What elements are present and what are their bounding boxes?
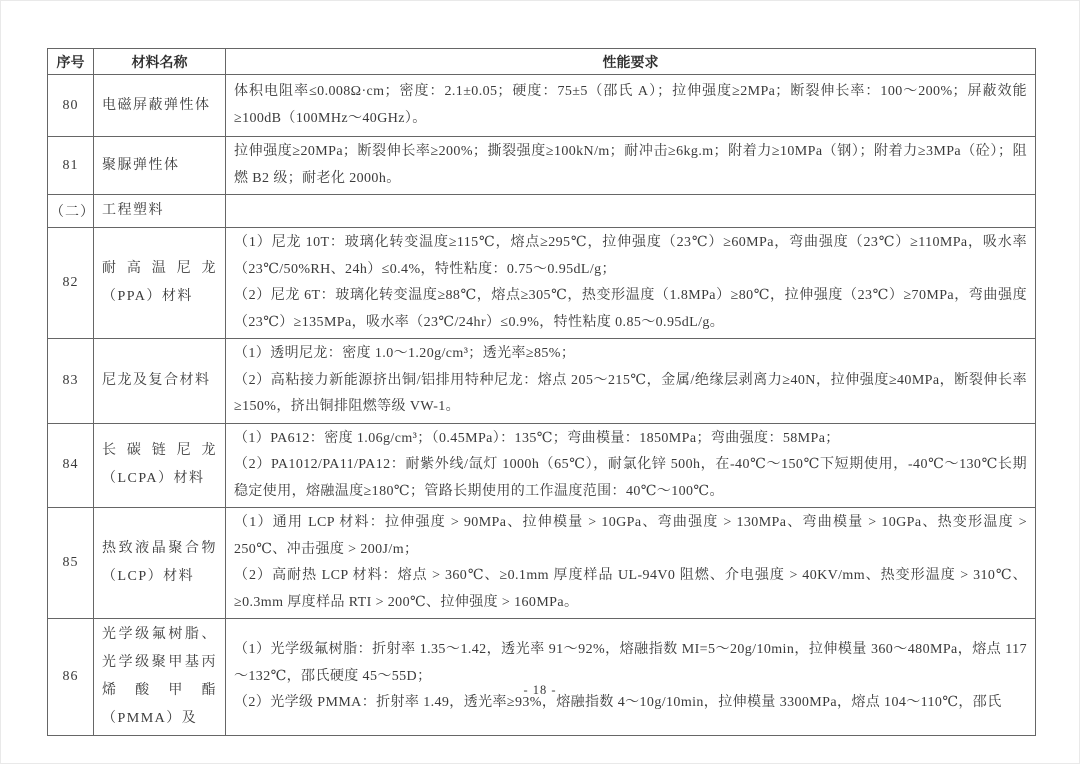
material-name-cell: 耐高温尼龙（PPA）材料: [94, 228, 226, 339]
requirement-paragraph: （2）高粘接力新能源挤出铜/铝排用特种尼龙：熔点 205～215℃，金属/绝缘层…: [234, 368, 1027, 421]
requirements-cell: 拉伸强度≥20MPa；断裂伸长率≥200%；撕裂强度≥100kN/m；耐冲击≥6…: [226, 137, 1036, 195]
requirement-paragraph: （2）高耐热 LCP 材料：熔点 > 360℃、≥0.1mm 厚度样品 UL-9…: [234, 563, 1027, 616]
table-section-row: （二） 工程塑料: [48, 195, 1036, 228]
row-index-cell: 83: [48, 339, 94, 424]
requirement-paragraph: （1）尼龙 10T：玻璃化转变温度≥115℃，熔点≥295℃，拉伸强度（23℃）…: [234, 230, 1027, 283]
material-name-cell: 聚脲弹性体: [94, 137, 226, 195]
requirements-cell: （1）通用 LCP 材料：拉伸强度 > 90MPa、拉伸模量 > 10GPa、弯…: [226, 508, 1036, 619]
requirements-cell: （1）PA612：密度 1.06g/cm³；（0.45MPa）：135℃；弯曲模…: [226, 423, 1036, 508]
col-header-name: 材料名称: [94, 49, 226, 75]
requirement-paragraph: （2）PA1012/PA11/PA12：耐紫外线/氙灯 1000h（65℃），耐…: [234, 452, 1027, 505]
row-index-cell: 85: [48, 508, 94, 619]
table-row: 86 光学级氟树脂、光学级聚甲基丙烯酸甲酯（PMMA）及 （1）光学级氟树脂：折…: [48, 619, 1036, 736]
requirements-cell: （1）尼龙 10T：玻璃化转变温度≥115℃，熔点≥295℃，拉伸强度（23℃）…: [226, 228, 1036, 339]
row-index-cell: 84: [48, 423, 94, 508]
row-index-cell: 80: [48, 75, 94, 137]
col-header-requirements: 性能要求: [226, 49, 1036, 75]
requirement-paragraph: （1）透明尼龙：密度 1.0～1.20g/cm³；透光率≥85%；: [234, 341, 1027, 368]
row-index-cell: 86: [48, 619, 94, 736]
material-name-cell: 光学级氟树脂、光学级聚甲基丙烯酸甲酯（PMMA）及: [94, 619, 226, 736]
materials-table: 序号 材料名称 性能要求 80 电磁屏蔽弹性体 体积电阻率≤0.008Ω·cm；…: [47, 48, 1036, 736]
material-name-cell: 工程塑料: [94, 195, 226, 228]
requirement-paragraph: （1）PA612：密度 1.06g/cm³；（0.45MPa）：135℃；弯曲模…: [234, 426, 1027, 453]
table-header-row: 序号 材料名称 性能要求: [48, 49, 1036, 75]
requirement-paragraph: 拉伸强度≥20MPa；断裂伸长率≥200%；撕裂强度≥100kN/m；耐冲击≥6…: [234, 139, 1027, 192]
document-page: 序号 材料名称 性能要求 80 电磁屏蔽弹性体 体积电阻率≤0.008Ω·cm；…: [0, 0, 1080, 764]
requirement-paragraph: （1）通用 LCP 材料：拉伸强度 > 90MPa、拉伸模量 > 10GPa、弯…: [234, 510, 1027, 563]
page-number: - 18 -: [0, 683, 1080, 698]
requirement-paragraph: （2）尼龙 6T：玻璃化转变温度≥88℃，熔点≥305℃，热变形温度（1.8MP…: [234, 283, 1027, 336]
requirement-paragraph: 体积电阻率≤0.008Ω·cm；密度：2.1±0.05；硬度：75±5（邵氏 A…: [234, 79, 1027, 132]
requirements-cell: （1）透明尼龙：密度 1.0～1.20g/cm³；透光率≥85%； （2）高粘接…: [226, 339, 1036, 424]
requirements-cell: （1）光学级氟树脂：折射率 1.35～1.42，透光率 91～92%，熔融指数 …: [226, 619, 1036, 736]
table-row: 82 耐高温尼龙（PPA）材料 （1）尼龙 10T：玻璃化转变温度≥115℃，熔…: [48, 228, 1036, 339]
requirements-cell: 体积电阻率≤0.008Ω·cm；密度：2.1±0.05；硬度：75±5（邵氏 A…: [226, 75, 1036, 137]
material-name-cell: 电磁屏蔽弹性体: [94, 75, 226, 137]
table-row: 81 聚脲弹性体 拉伸强度≥20MPa；断裂伸长率≥200%；撕裂强度≥100k…: [48, 137, 1036, 195]
row-index-cell: 82: [48, 228, 94, 339]
table-row: 83 尼龙及复合材料 （1）透明尼龙：密度 1.0～1.20g/cm³；透光率≥…: [48, 339, 1036, 424]
row-index-cell: （二）: [48, 195, 94, 228]
requirements-cell: [226, 195, 1036, 228]
table-row: 85 热致液晶聚合物（LCP）材料 （1）通用 LCP 材料：拉伸强度 > 90…: [48, 508, 1036, 619]
row-index-cell: 81: [48, 137, 94, 195]
col-header-index: 序号: [48, 49, 94, 75]
material-name-cell: 热致液晶聚合物（LCP）材料: [94, 508, 226, 619]
table-row: 84 长碳链尼龙（LCPA）材料 （1）PA612：密度 1.06g/cm³；（…: [48, 423, 1036, 508]
material-name-cell: 长碳链尼龙（LCPA）材料: [94, 423, 226, 508]
material-name-cell: 尼龙及复合材料: [94, 339, 226, 424]
table-row: 80 电磁屏蔽弹性体 体积电阻率≤0.008Ω·cm；密度：2.1±0.05；硬…: [48, 75, 1036, 137]
